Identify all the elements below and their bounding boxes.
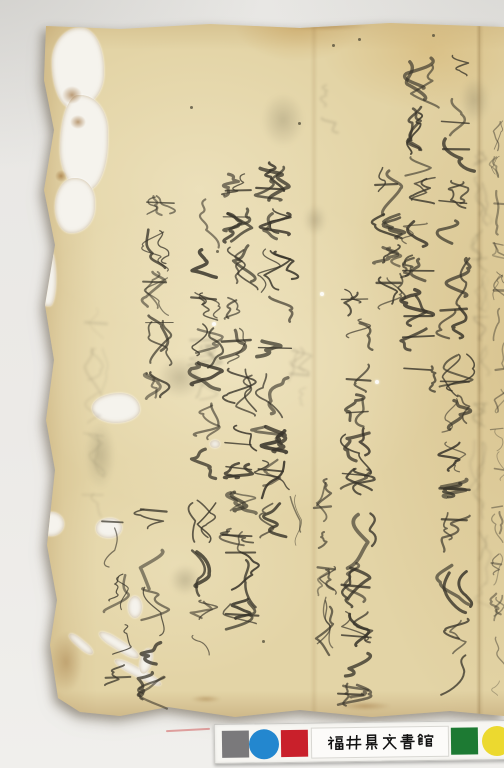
paper-glint <box>375 380 379 384</box>
ink-showthrough-smudge <box>455 70 495 130</box>
blue-circle-swatch <box>249 729 279 759</box>
damage-patch <box>38 512 64 536</box>
ink-speck <box>332 44 335 47</box>
color-calibration-bar: 福井県文書館 <box>214 720 504 764</box>
brown-stain-spot <box>70 115 86 129</box>
kanji-glyph <box>326 733 343 752</box>
top-edge-stain <box>266 20 386 32</box>
manuscript-paper <box>36 22 504 718</box>
gray-square-swatch <box>222 731 249 758</box>
kanji-glyph <box>380 732 397 751</box>
damage-patch <box>137 647 155 675</box>
ink-speck <box>298 122 301 125</box>
yellow-circle-swatch <box>482 726 504 756</box>
damage-patch <box>97 629 141 662</box>
bottom-edge-stain <box>186 694 226 704</box>
kanji-glyph <box>398 732 415 751</box>
damage-patch <box>210 440 220 448</box>
brown-stain-spot <box>55 170 67 182</box>
ink-showthrough-smudge <box>255 85 311 155</box>
bottom-edge-stain <box>330 700 400 712</box>
photo-stage: 福井県文書館 <box>0 0 504 768</box>
kanji-glyph <box>362 733 379 752</box>
kanji-glyph <box>416 732 433 751</box>
paper-glint <box>212 322 216 326</box>
ink-speck <box>216 250 219 253</box>
kanji-glyph <box>344 733 361 752</box>
brown-stain-spot <box>62 86 82 104</box>
ink-speck <box>358 38 361 41</box>
ink-speck <box>190 106 193 109</box>
archive-name-glyphs <box>326 732 433 752</box>
manuscript-paper-wrap <box>0 0 504 768</box>
ink-showthrough-smudge <box>165 560 205 600</box>
paper-fold-crease <box>476 22 484 718</box>
ink-showthrough-smudge <box>150 350 210 405</box>
damage-patch <box>128 596 142 618</box>
paper-crease <box>312 22 316 718</box>
red-square-swatch <box>281 730 308 757</box>
archive-name-label: 福井県文書館 <box>311 726 449 759</box>
damage-patch <box>40 248 56 306</box>
green-square-swatch <box>451 727 478 754</box>
ink-speck <box>262 640 265 643</box>
ink-showthrough-smudge <box>80 410 120 500</box>
damage-patch <box>55 178 95 233</box>
damage-patch <box>96 518 122 538</box>
damage-patch <box>113 656 163 688</box>
corner-stain <box>44 622 88 702</box>
paper-glint <box>320 292 324 296</box>
damage-patch <box>60 95 108 190</box>
ink-speck <box>432 34 435 37</box>
